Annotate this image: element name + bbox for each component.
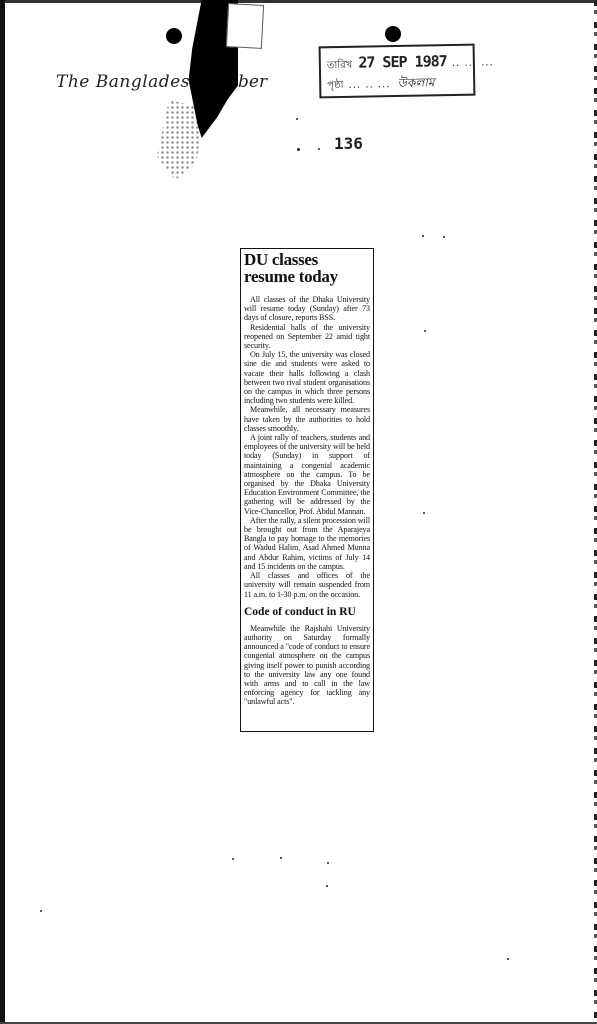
article-paragraph: After the rally, a silent procession wil… bbox=[244, 516, 370, 571]
news-clipping: DU classes resume today All classes of t… bbox=[240, 248, 374, 732]
article-headline: DU classes resume today bbox=[244, 251, 370, 285]
article-sub-paragraph: Meanwhile the Rajshahi University author… bbox=[244, 624, 370, 707]
archive-date-stamp: তারিখ 27 SEP 1987 .. ... ... পৃষ্ঠা ... … bbox=[319, 44, 476, 99]
stamp-page-row: পৃষ্ঠা ... .. ... উকলাম bbox=[327, 74, 435, 96]
speck bbox=[40, 910, 42, 912]
scan-top-edge bbox=[0, 0, 597, 3]
speck bbox=[422, 235, 424, 237]
punch-hole-right bbox=[385, 26, 401, 42]
stamp-page-label: পৃষ্ঠা bbox=[327, 80, 343, 91]
stamp-date-trailing: .. ... ... bbox=[452, 57, 494, 69]
article-paragraph: Residential halls of the university reop… bbox=[244, 323, 370, 351]
article-paragraph: A joint rally of teachers, students and … bbox=[244, 433, 370, 516]
punch-hole-left bbox=[166, 28, 182, 44]
newspaper-masthead-tail: ber bbox=[238, 72, 267, 92]
headline-line-2: resume today bbox=[244, 268, 370, 285]
scan-left-edge bbox=[0, 0, 5, 1024]
speck bbox=[326, 885, 328, 887]
newspaper-masthead: The Banglades bbox=[56, 72, 190, 92]
speck bbox=[443, 236, 445, 238]
article-subhead: Code of conduct in RU bbox=[244, 606, 370, 618]
stamp-page-dots: ... .. ... bbox=[349, 79, 391, 91]
stamp-date-label: তারিখ bbox=[327, 60, 353, 71]
speck bbox=[327, 862, 329, 864]
headline-line-1: DU classes bbox=[244, 251, 370, 268]
article-paragraph: All classes of the Dhaka University will… bbox=[244, 295, 370, 323]
speck bbox=[423, 512, 425, 514]
stamp-page-value: উকলাম bbox=[397, 75, 434, 90]
stamp-date-row: তারিখ 27 SEP 1987 .. ... ... bbox=[327, 51, 494, 75]
speck bbox=[296, 118, 298, 120]
speck bbox=[507, 958, 509, 960]
speck bbox=[280, 857, 282, 859]
stamp-date-value: 27 SEP 1987 bbox=[358, 52, 447, 72]
page-number: 136 bbox=[334, 134, 363, 153]
article-paragraph: On July 15, the university was closed si… bbox=[244, 350, 370, 405]
speck bbox=[318, 148, 320, 150]
tape-fragment bbox=[226, 3, 264, 49]
article-paragraph: Meanwhile, all necessary measures have t… bbox=[244, 405, 370, 433]
article-paragraph: All classes and offices of the universit… bbox=[244, 571, 370, 599]
speck bbox=[297, 148, 300, 151]
speck bbox=[424, 330, 426, 332]
speck bbox=[232, 858, 234, 860]
